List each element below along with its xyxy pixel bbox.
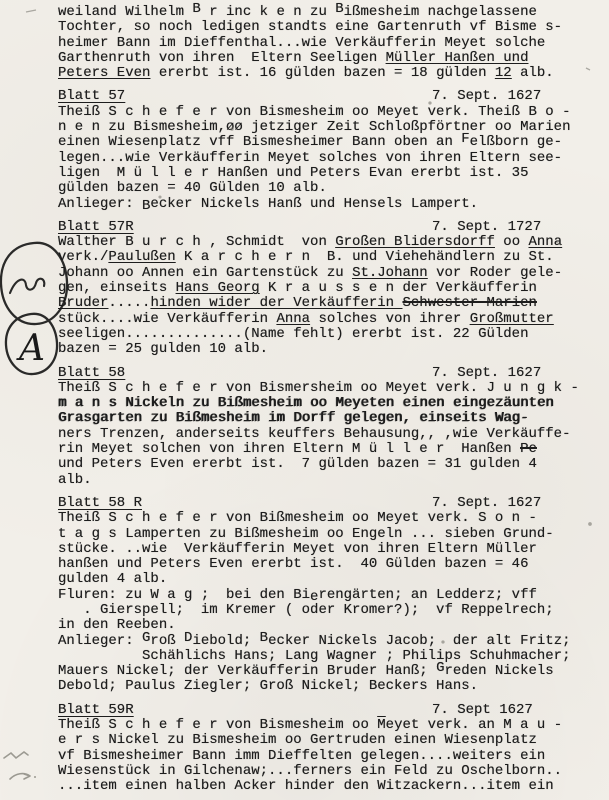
text-segment: Schwester Marien: [402, 295, 536, 311]
text-segment: t a g s Lamperten zu Bißmesheim oo Engel…: [58, 526, 554, 542]
text-segment: Johann oo Annen ein Gartenstück zu: [58, 265, 352, 281]
text-segment: eyet verk. an M a u -: [386, 717, 562, 733]
text-segment: Großmutter: [470, 311, 554, 327]
document-line: stücke. ..wie Verkäufferin Meyet von ihr…: [58, 542, 605, 557]
document-line: Grasgarten zu Bißmesheim im Dorff gelege…: [58, 411, 605, 426]
text-segment: Wiesenstück in Gilchenaw;...ferners ein …: [58, 763, 562, 779]
text-segment: Bruder: [58, 295, 108, 311]
document-line: verk./Paulußen K a r c h e r n B. und Vi…: [58, 250, 605, 265]
text-segment: M: [377, 717, 385, 733]
block-heading-row: Blatt 587. Sept. 1627: [58, 366, 605, 381]
text-segment: weiland Wilhelm: [58, 4, 192, 20]
document-line: Debold; Paulus Ziegler; Groß Nickel; Bec…: [58, 679, 605, 694]
text-segment: D: [184, 630, 192, 646]
text-segment: bazen = 25 gulden 10 alb.: [58, 341, 268, 357]
text-segment: alb.: [58, 472, 92, 488]
text-segment: Anna: [529, 234, 563, 250]
text-segment: rengärten; an Ledderz; vff: [318, 587, 536, 603]
blatt-date: 7. Sept. 1627: [432, 496, 541, 511]
text-segment: gulden 4 alb.: [58, 571, 167, 587]
text-segment: Müller Hanßen und: [386, 50, 529, 66]
document-line: ners Trenzen, anderseits keuffers Behaus…: [58, 427, 605, 442]
document-line: . Gierspell; im Kremer ( oder Kromer?); …: [58, 603, 605, 618]
blatt-heading: Blatt 58: [58, 365, 125, 381]
document-line: ligen M ü l l e r Hanßen und Peters Evan…: [58, 166, 605, 181]
text-segment: roß: [150, 633, 184, 649]
text-segment: . Gierspell; im Kremer ( oder Kromer?); …: [58, 602, 554, 618]
text-segment: Mauers Nickel; der Verkäufferin Bruder H…: [58, 663, 436, 679]
text-segment: St.Johann: [352, 265, 428, 281]
document-line: Theiß S c h e f e r von Bismesheim oo Me…: [58, 105, 605, 120]
text-segment: Schählichs Hans; Lang Wagner ; Philips S…: [58, 648, 570, 664]
scanned-document-page: weiland Wilhelm B r inc k e n zu Bißmesh…: [0, 0, 609, 800]
text-segment: Paulußen: [108, 249, 175, 265]
text-segment: K a r c h e r n B. und Viehehändlern zu …: [176, 249, 554, 265]
text-segment: e r s Nickel zu Bismesheim oo Gertruden …: [58, 732, 537, 748]
document-block: Blatt 577. Sept. 1627Theiß S c h e f e r…: [58, 89, 605, 211]
blatt-date: 7. Sept. 1627: [432, 366, 541, 381]
text-segment: B: [142, 198, 150, 214]
text-segment: rin Meyet solchen von ihren Eltern M ü l…: [58, 441, 520, 457]
document-line: stück....wie Verkäufferin Anna solches v…: [58, 312, 605, 327]
text-segment: ners Trenzen, anderseits keuffers Behaus…: [58, 426, 570, 442]
document-line: Anlieger: Becker Nickels Hanß und Hensel…: [58, 197, 605, 212]
document-line: Johann oo Annen ein Gartenstück zu St.Jo…: [58, 266, 605, 281]
text-segment: und Peters Even ererbt ist. 7 gülden baz…: [58, 456, 537, 472]
text-segment: seeligen..............(Name fehlt) ererb…: [58, 326, 528, 342]
text-segment: Theiß S c h e f e r von Bismesheim oo: [58, 717, 377, 733]
document-line: Anlieger: Groß Diebold; Becker Nickels J…: [58, 634, 605, 649]
text-segment: ecker Nickels Jacob; der alt Fritz;: [268, 633, 570, 649]
text-segment: Großen Blidersdorff: [335, 234, 495, 250]
text-segment: Debold; Paulus Ziegler; Groß Nickel; Bec…: [58, 678, 478, 694]
text-segment: .....: [108, 295, 150, 311]
document-block: Blatt 57R7. Sept. 1727Walther B u r c h …: [58, 220, 605, 358]
text-segment: vf Bismesheimer Bann imm Dieffelten gele…: [58, 748, 545, 764]
text-segment: Anna: [276, 311, 310, 327]
text-segment: Hans Georg: [176, 280, 260, 296]
document-block: Blatt 58 R7. Sept. 1627Theiß S c h e f e…: [58, 496, 605, 695]
text-segment: B: [192, 1, 200, 17]
blatt-heading: Blatt 57R: [58, 219, 134, 235]
text-segment: elßborn ge-: [470, 134, 562, 150]
text-segment: r inc k e n zu: [201, 4, 335, 20]
blatt-heading: Blatt 57: [58, 88, 125, 104]
text-segment: Pe: [520, 441, 537, 457]
circled-letter-a: A: [16, 328, 45, 369]
text-segment: Tochter, so noch ledigen standts eine Ga…: [58, 19, 562, 35]
block-heading-row: Blatt 577. Sept. 1627: [58, 89, 605, 104]
text-segment: Peters Even: [58, 65, 150, 81]
text-segment: in den Reeben.: [58, 617, 176, 633]
block-heading-row: Blatt 58 R7. Sept. 1627: [58, 496, 605, 511]
text-segment: K r a u s s e n der Verkäufferin: [260, 280, 537, 296]
text-segment: ecker Nickels Hanß und Hensels Lampert.: [150, 196, 478, 212]
pencil-marks: [0, 746, 60, 790]
document-block: weiland Wilhelm B r inc k e n zu Bißmesh…: [58, 5, 605, 81]
text-segment: einen Wiesenplatz vff Bismesheimer Bann …: [58, 134, 461, 150]
document-text: weiland Wilhelm B r inc k e n zu Bißmesh…: [58, 5, 605, 795]
text-segment: gülden bazen = 40 Gülden 10 alb.: [58, 180, 327, 196]
document-line: ...item einen halben Acker hinder den Wi…: [58, 779, 605, 794]
text-segment: reden Nickels: [444, 663, 553, 679]
document-line: legen...wie Verkäufferin Meyet solches v…: [58, 151, 605, 166]
document-line: t a g s Lamperten zu Bißmesheim oo Engel…: [58, 527, 605, 542]
document-line: gulden 4 alb.: [58, 572, 605, 587]
text-segment: stück....wie Verkäufferin: [58, 311, 276, 327]
document-line: gülden bazen = 40 Gülden 10 alb.: [58, 181, 605, 196]
text-segment: legen...wie Verkäufferin Meyet solches v…: [58, 150, 562, 166]
handwritten-scribble-icon: [10, 279, 44, 293]
text-segment: solches von ihrer: [310, 311, 470, 327]
text-segment: iebold;: [192, 633, 259, 649]
document-line: in den Reeben.: [58, 618, 605, 633]
text-segment: alb.: [512, 65, 554, 81]
handwritten-circle-a-icon: [6, 314, 57, 374]
blatt-heading: Blatt 59R: [58, 702, 134, 718]
text-segment: Theiß S c h e f e r von Bismesheim oo Me…: [58, 104, 570, 120]
text-segment: n e n zu Bismesheim,øø jetziger Zeit Sch…: [58, 119, 570, 135]
document-line: seeligen..............(Name fehlt) ererb…: [58, 327, 605, 342]
text-segment: hanßen und Peters Even ererbt ist. 40 Gü…: [58, 556, 528, 572]
document-block: Blatt 59R7. Sept 1627Theiß S c h e f e r…: [58, 703, 605, 795]
text-segment: heimer Bann im Dieffenthal...wie Verkäuf…: [58, 35, 545, 51]
text-segment: G: [142, 630, 150, 646]
text-segment: Fluren: zu W a g ; bei den Bi: [58, 587, 310, 603]
document-line: vf Bismesheimer Bann imm Dieffelten gele…: [58, 749, 605, 764]
text-segment: gen, einseits: [58, 280, 176, 296]
text-segment: Anlieger:: [58, 196, 142, 212]
document-line: Fluren: zu W a g ; bei den Bierengärten;…: [58, 588, 605, 603]
document-line: Theiß S c h e f e r von Bismersheim oo M…: [58, 381, 605, 396]
text-segment: Theiß S c h e f e r von Bißmesheim oo Me…: [58, 510, 537, 526]
document-line: weiland Wilhelm B r inc k e n zu Bißmesh…: [58, 5, 605, 20]
text-segment: Theiß S c h e f e r von Bismersheim oo M…: [58, 380, 579, 396]
text-segment: ererbt ist. 16 gülden bazen = 18 gülden: [150, 65, 494, 81]
document-line: alb.: [58, 473, 605, 488]
text-segment: Walther B u r c h , Schmidt von: [58, 234, 335, 250]
blatt-date: 7. Sept 1627: [432, 703, 533, 718]
text-segment: oo: [495, 234, 529, 250]
text-segment: Garthenruth von ihren Eltern Seeligen: [58, 50, 386, 66]
document-line: Bruder.....hinden wider der Verkäufferin…: [58, 296, 605, 311]
document-line: Peters Even ererbt ist. 16 gülden bazen …: [58, 66, 605, 81]
blatt-date: 7. Sept. 1727: [432, 220, 541, 235]
text-segment: vor Roder gele-: [428, 265, 562, 281]
pencil-arrow-icon: [10, 774, 30, 779]
document-line: heimer Bann im Dieffenthal...wie Verkäuf…: [58, 36, 605, 51]
blatt-date: 7. Sept. 1627: [432, 89, 541, 104]
document-line: Schählichs Hans; Lang Wagner ; Philips S…: [58, 649, 605, 664]
document-line: bazen = 25 gulden 10 alb.: [58, 342, 605, 357]
text-segment: ligen M ü l l e r Hanßen und Peters Evan…: [58, 165, 528, 181]
text-segment: Anlieger:: [58, 633, 142, 649]
document-line: und Peters Even ererbt ist. 7 gülden baz…: [58, 457, 605, 472]
text-segment: B: [335, 1, 343, 17]
text-segment: m a n s Nickeln zu Bißmesheim oo Meyeten…: [58, 395, 554, 411]
document-line: e r s Nickel zu Bismesheim oo Gertruden …: [58, 733, 605, 748]
document-line: Tochter, so noch ledigen standts eine Ga…: [58, 20, 605, 35]
text-segment: B: [260, 630, 268, 646]
document-line: Wiesenstück in Gilchenaw;...ferners ein …: [58, 764, 605, 779]
text-segment: F: [461, 131, 469, 147]
document-block: Blatt 587. Sept. 1627Theiß S c h e f e r…: [58, 366, 605, 488]
text-segment: G: [436, 660, 444, 676]
text-segment: 12: [495, 65, 512, 81]
document-line: Theiß S c h e f e r von Bißmesheim oo Me…: [58, 511, 605, 526]
document-line: einen Wiesenplatz vff Bismesheimer Bann …: [58, 135, 605, 150]
text-segment: ...item einen halben Acker hinder den Wi…: [58, 778, 554, 794]
pencil-scribble-icon: [4, 752, 28, 758]
document-line: Garthenruth von ihren Eltern Seeligen Mü…: [58, 51, 605, 66]
blatt-heading: Blatt 58 R: [58, 495, 142, 511]
text-segment: hinden wider der Verkäufferin: [150, 295, 402, 311]
text-segment: e: [310, 589, 318, 605]
text-segment: stücke. ..wie Verkäufferin Meyet von ihr…: [58, 541, 537, 557]
text-segment: Grasgarten zu Bißmesheim im Dorff gelege…: [58, 410, 528, 426]
text-segment: verk./: [58, 249, 108, 265]
text-segment: ißmesheim nachgelassene: [344, 4, 537, 20]
block-heading-row: Blatt 59R7. Sept 1627: [58, 703, 605, 718]
block-heading-row: Blatt 57R7. Sept. 1727: [58, 220, 605, 235]
